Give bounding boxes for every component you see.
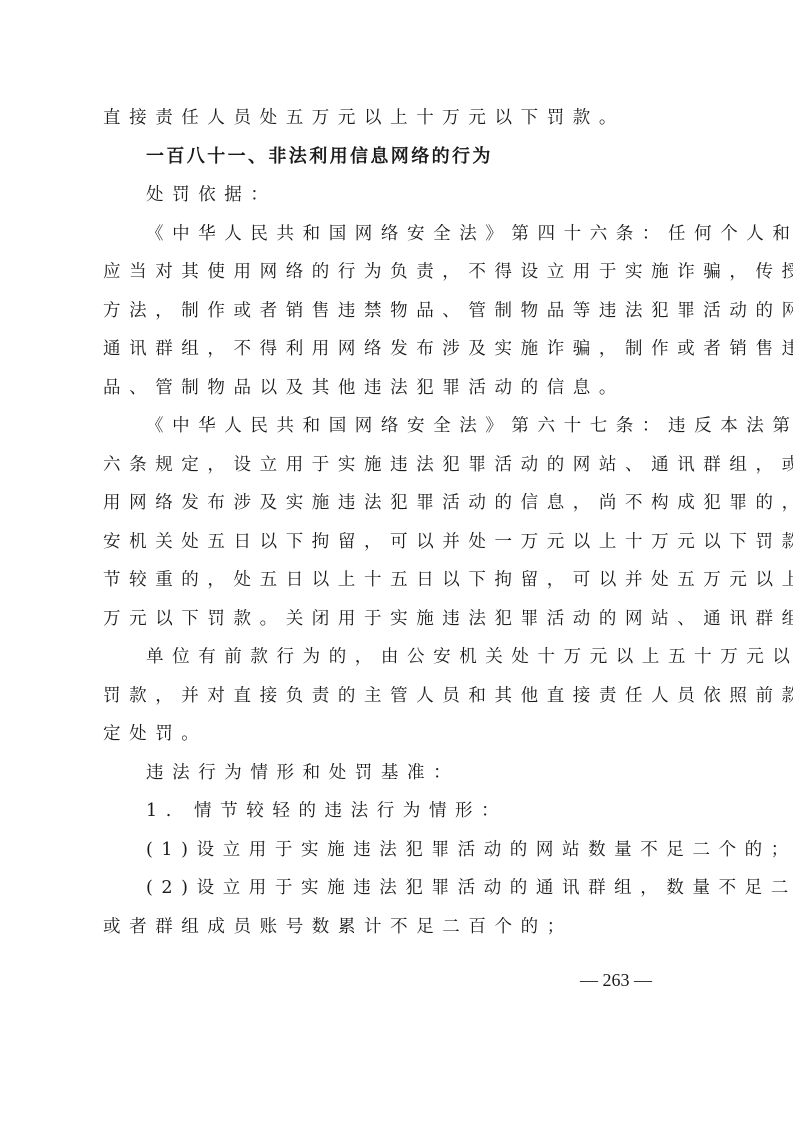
minor-case-label: 1. 情节较轻的违法行为情形： [103, 792, 693, 831]
body-text-line: 用网络发布涉及实施违法犯罪活动的信息，尚不构成犯罪的，由公 [103, 484, 693, 523]
unit-penalty-paragraph: 单位有前款行为的，由公安机关处十万元以上五十万元以下 罚款，并对直接负责的主管人… [103, 638, 693, 754]
body-text-line: 《中华人民共和国网络安全法》第六十七条：违反本法第四十 [103, 407, 693, 446]
body-text-line: 节较重的，处五日以上十五日以下拘留，可以并处五万元以上五十 [103, 561, 693, 600]
article-46-paragraph: 《中华人民共和国网络安全法》第四十六条：任何个人和组织 应当对其使用网络的行为负… [103, 215, 693, 408]
body-text-line: 品、管制物品以及其他违法犯罪活动的信息。 [103, 369, 693, 408]
page-number: — 263 — [580, 970, 652, 991]
body-text-line: 通讯群组，不得利用网络发布涉及实施诈骗，制作或者销售违禁物 [103, 330, 693, 369]
body-text-line: 定处罚。 [103, 715, 693, 754]
body-text-line: 方法，制作或者销售违禁物品、管制物品等违法犯罪活动的网站、 [103, 292, 693, 331]
article-67-paragraph: 《中华人民共和国网络安全法》第六十七条：违反本法第四十 六条规定，设立用于实施违… [103, 407, 693, 638]
body-text-line: 或者群组成员账号数累计不足二百个的； [103, 908, 693, 947]
document-page: 直接责任人员处五万元以上十万元以下罚款。 一百八十一、非法利用信息网络的行为 处… [103, 99, 693, 946]
body-text-line: 万元以下罚款。关闭用于实施违法犯罪活动的网站、通讯群组。 [103, 600, 693, 639]
list-item-2: (2)设立用于实施违法犯罪活动的通讯群组，数量不足二个 或者群组成员账号数累计不… [103, 869, 693, 946]
body-text-line: 应当对其使用网络的行为负责，不得设立用于实施诈骗，传授犯罪 [103, 253, 693, 292]
list-item-1: (1)设立用于实施违法犯罪活动的网站数量不足二个的； [103, 831, 693, 870]
body-text-line: 六条规定，设立用于实施违法犯罪活动的网站、通讯群组，或者利 [103, 446, 693, 485]
body-text-line: (2)设立用于实施违法犯罪活动的通讯群组，数量不足二个 [103, 869, 693, 908]
body-text-line: 单位有前款行为的，由公安机关处十万元以上五十万元以下 [103, 638, 693, 677]
body-text-line: 罚款，并对直接负责的主管人员和其他直接责任人员依照前款规 [103, 677, 693, 716]
section-heading: 一百八十一、非法利用信息网络的行为 [103, 138, 693, 177]
body-text-line: 《中华人民共和国网络安全法》第四十六条：任何个人和组织 [103, 215, 693, 254]
penalty-basis-label: 处罚依据： [103, 176, 693, 215]
body-text-line: 直接责任人员处五万元以上十万元以下罚款。 [103, 99, 693, 138]
body-text-line: 安机关处五日以下拘留，可以并处一万元以上十万元以下罚款；情 [103, 523, 693, 562]
violation-criteria-label: 违法行为情形和处罚基准： [103, 754, 693, 793]
